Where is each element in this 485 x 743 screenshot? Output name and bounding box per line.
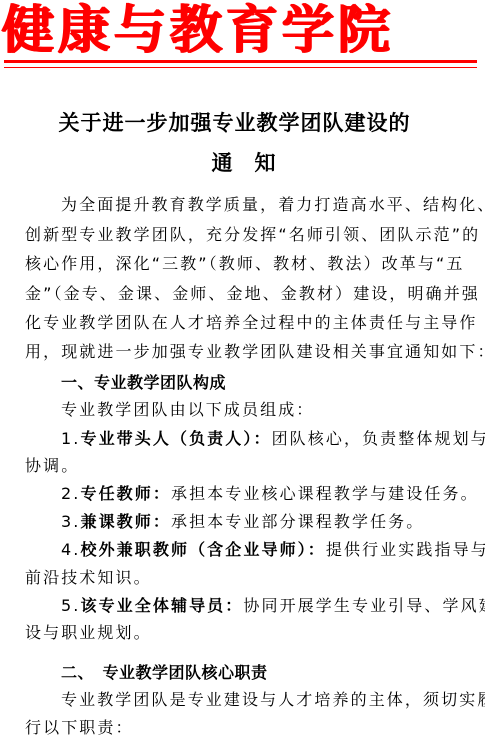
intro-line: 化专业教学团队在人才培养全过程中的主体责任与主导作 bbox=[25, 312, 478, 334]
item-description: 协同开展学生专业引导、学风建 bbox=[243, 596, 485, 615]
intro-line: 核心作用，深化“三教”（教师、教材、教法）改革与“五 bbox=[25, 253, 464, 275]
section-lead: 专业教学团队是专业建设与人才培养的主体，须切实履 bbox=[61, 689, 485, 711]
item-number: 5. bbox=[61, 596, 80, 615]
list-item: 5.该专业全体辅导员：协同开展学生专业引导、学风建 bbox=[61, 595, 485, 617]
masthead-rule-thin bbox=[4, 67, 477, 68]
list-item: 3.兼课教师：承担本专业部分课程教学任务。 bbox=[61, 511, 424, 533]
intro-line: 创新型专业教学团队，充分发挥“名师引领、团队示范”的 bbox=[25, 224, 480, 246]
item-term: 校外兼职教师（含企业导师）： bbox=[80, 540, 325, 559]
section-heading: 二、 专业教学团队核心职责 bbox=[61, 662, 268, 684]
item-number: 3. bbox=[61, 512, 80, 531]
section-lead-continuation: 行以下职责： bbox=[25, 717, 134, 739]
item-term: 兼课教师： bbox=[80, 512, 171, 531]
list-item: 4.校外兼职教师（含企业导师）：提供行业实践指导与 bbox=[61, 539, 485, 561]
item-description: 提供行业实践指导与 bbox=[326, 540, 485, 559]
section-heading: 一、专业教学团队构成 bbox=[61, 372, 226, 394]
intro-line: 为全面提升教育教学质量，着力打造高水平、结构化、 bbox=[61, 194, 485, 216]
list-item-continuation: 前沿技术知识。 bbox=[25, 567, 152, 589]
intro-line: 金”（金专、金课、金师、金地、金教材）建设，明确并强 bbox=[25, 283, 480, 305]
item-number: 1. bbox=[61, 429, 80, 448]
masthead-rule-thick bbox=[4, 60, 477, 63]
item-description: 承担本专业核心课程教学与建设任务。 bbox=[171, 484, 479, 503]
item-term: 专业带头人（负责人）： bbox=[80, 429, 271, 448]
list-item-continuation: 协调。 bbox=[25, 455, 79, 477]
item-number: 2. bbox=[61, 484, 80, 503]
item-term: 该专业全体辅导员： bbox=[80, 596, 243, 615]
list-item-continuation: 设与职业规划。 bbox=[25, 622, 152, 644]
section-lead: 专业教学团队由以下成员组成： bbox=[61, 399, 314, 421]
document-subtitle: 通知 bbox=[12, 147, 485, 177]
list-item: 1.专业带头人（负责人）：团队核心，负责整体规划与 bbox=[61, 428, 485, 450]
document-title: 关于进一步加强专业教学团队建设的 bbox=[0, 107, 477, 137]
item-description: 承担本专业部分课程教学任务。 bbox=[171, 512, 424, 531]
item-term: 专任教师： bbox=[80, 484, 171, 503]
intro-line: 用，现就进一步加强专业教学团队建设相关事宜通知如下： bbox=[25, 341, 485, 363]
item-description: 团队核心，负责整体规划与 bbox=[272, 429, 485, 448]
list-item: 2.专任教师：承担本专业核心课程教学与建设任务。 bbox=[61, 483, 479, 505]
item-number: 4. bbox=[61, 540, 80, 559]
masthead-title: 健康与教育学院 bbox=[2, 4, 480, 58]
